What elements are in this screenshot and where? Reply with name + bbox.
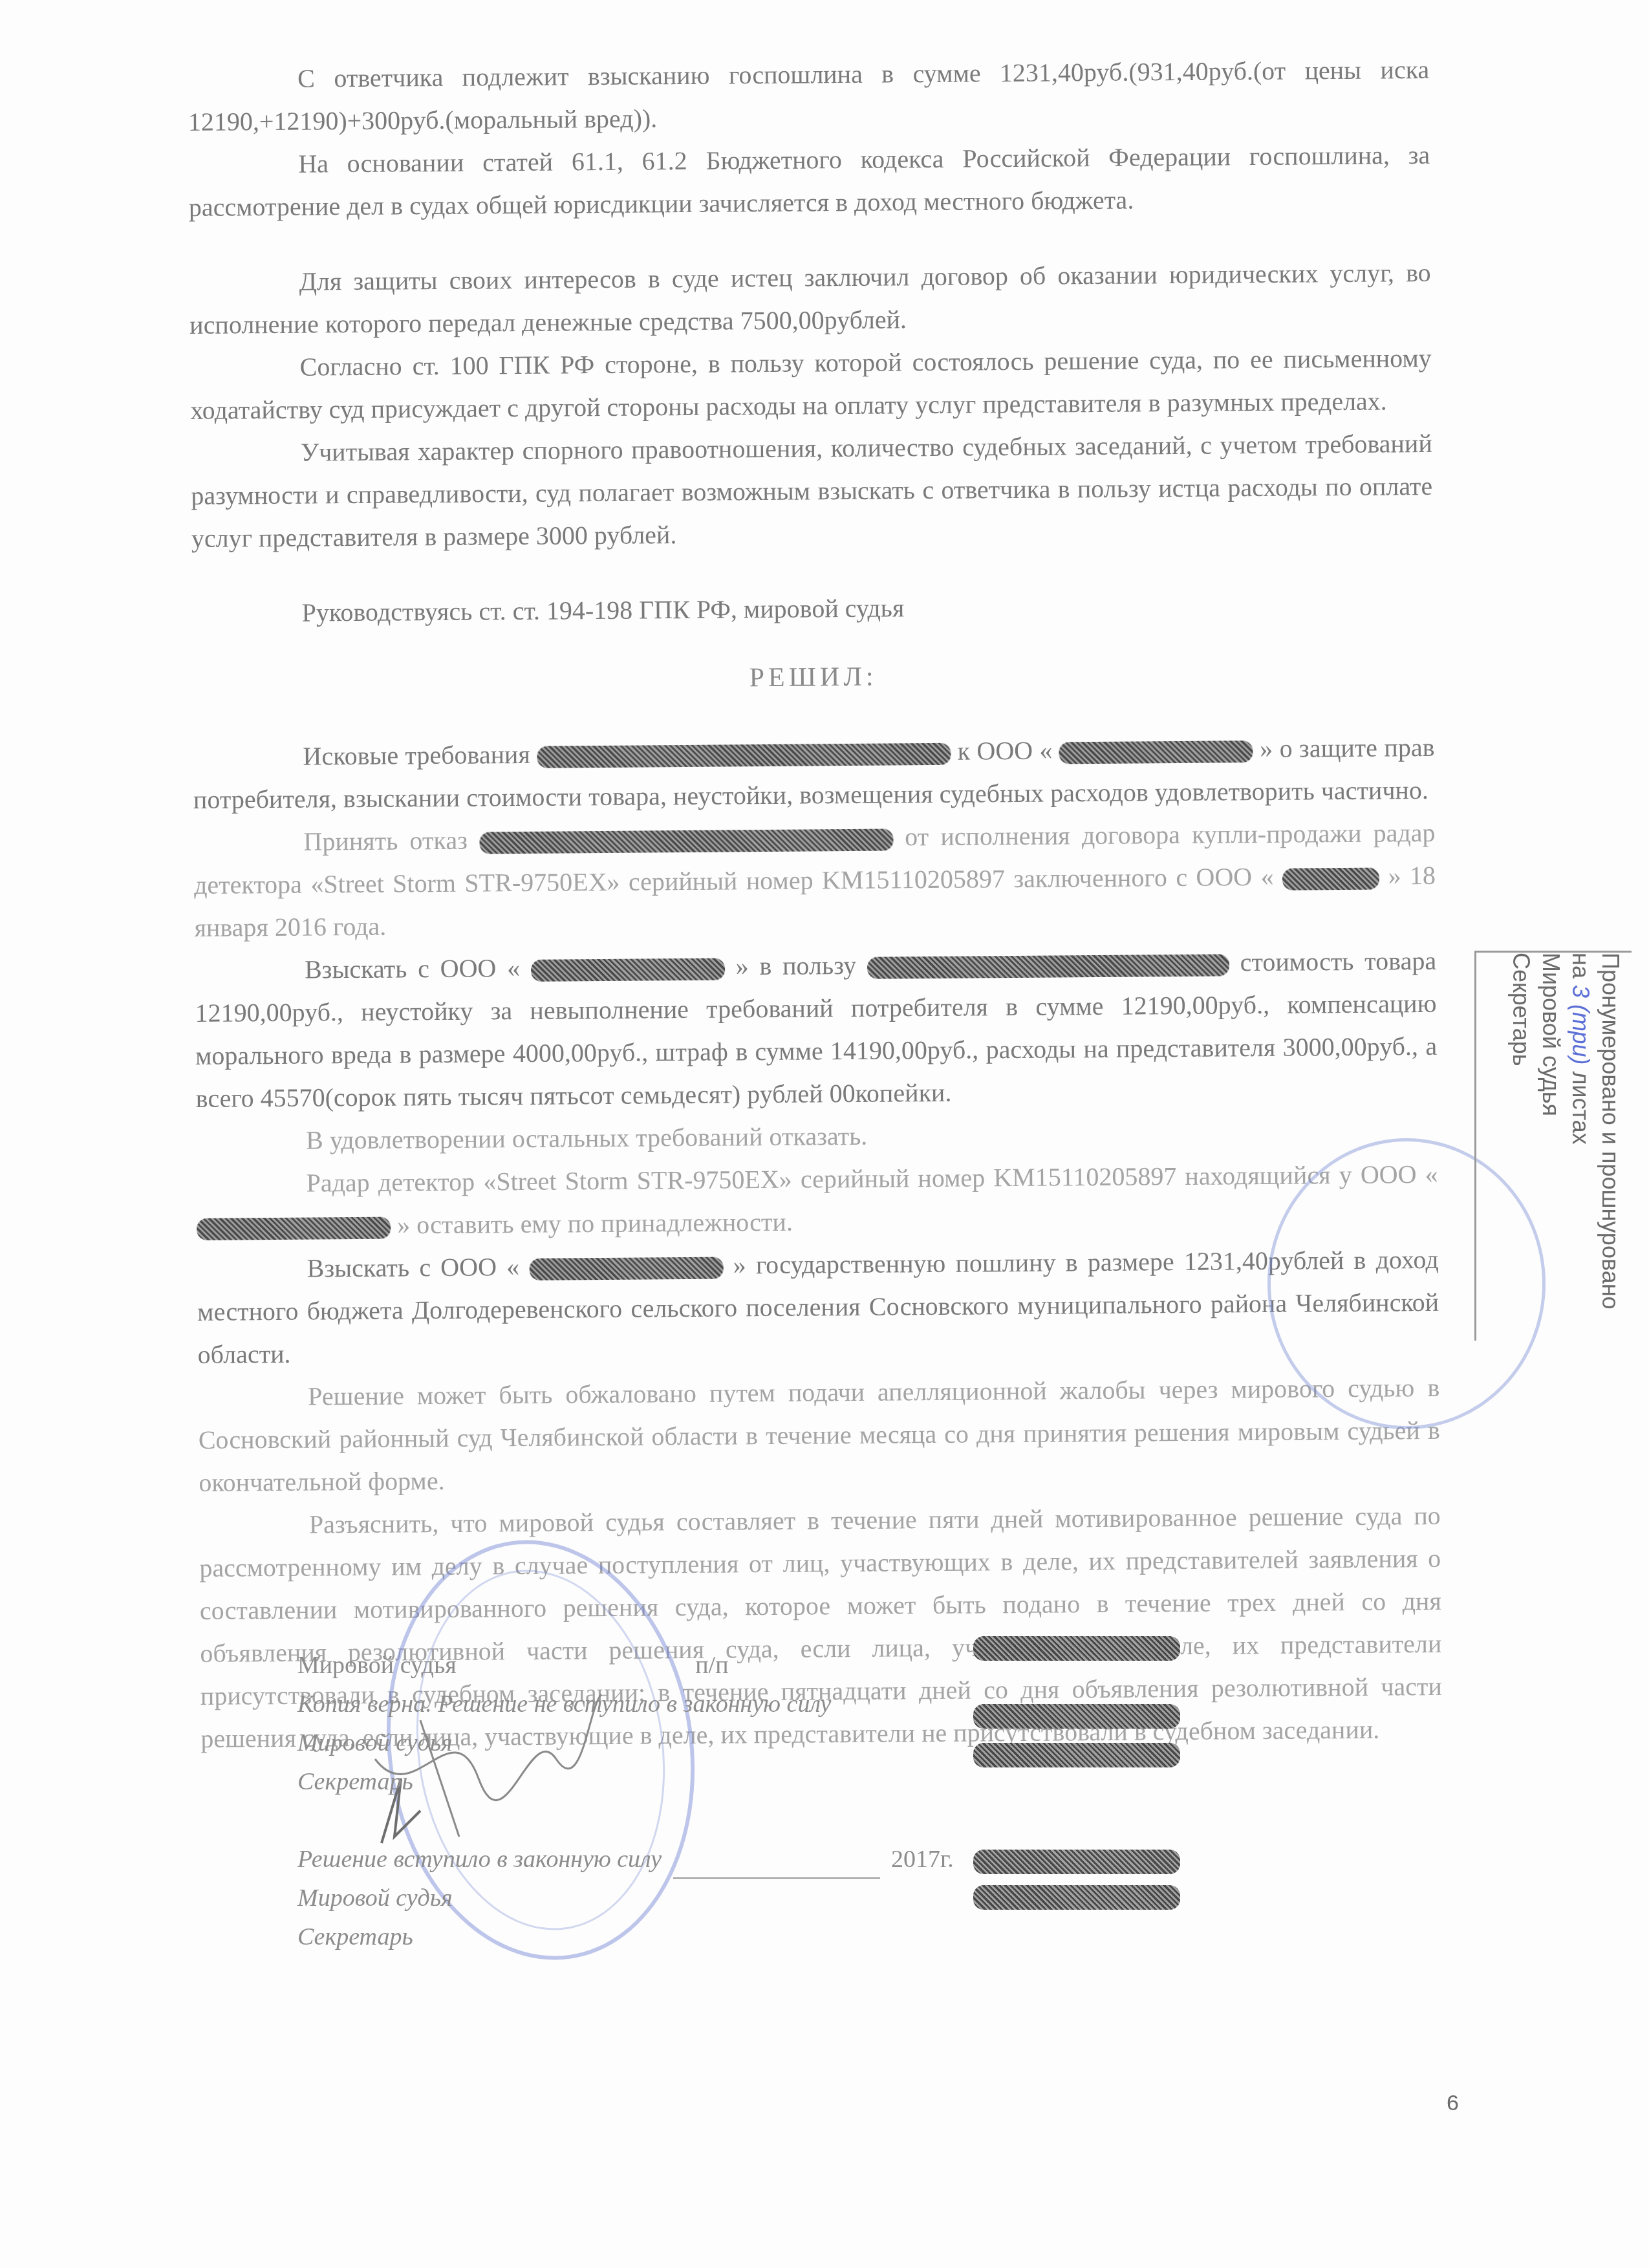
judge-line: Мировой судья п/п	[297, 1646, 954, 1685]
paragraph-budget-code: На основании статей 61.1, 61.2 Бюджетног…	[188, 134, 1430, 229]
redaction-block	[1059, 740, 1253, 764]
paragraph-state-fee: С ответчика подлежит взысканию госпошлин…	[188, 49, 1430, 144]
decision-recover-amounts: Взыскать с ООО « » в пользу стоимость то…	[195, 940, 1438, 1120]
decision-claims: Исковые требования к ООО « » о защите пр…	[193, 726, 1435, 821]
redaction-block	[973, 1743, 1180, 1767]
paragraph-legal-services: Для защиты своих интересов в суде истец …	[189, 252, 1431, 347]
signature-block: Мировой судья п/п Копия верна. Решение н…	[297, 1646, 954, 1956]
redaction-block	[479, 828, 893, 854]
paragraph-guided-by: Руководствуясь ст. ст. 194-198 ГПК РФ, м…	[191, 583, 1433, 635]
redaction-block	[1282, 867, 1379, 890]
decision-state-duty: Взыскать с ООО « » государственную пошли…	[197, 1238, 1439, 1376]
decision-appeal: Решение может быть обжаловано путем пода…	[198, 1366, 1440, 1504]
decision-heading: РЕШИЛ:	[192, 651, 1434, 704]
redaction-block	[531, 958, 725, 981]
redaction-block	[973, 1885, 1180, 1910]
copy-certified-line: Копия верна. Решение не вступило в закон…	[297, 1685, 954, 1723]
redaction-block	[197, 1216, 391, 1240]
redaction-block	[973, 1704, 1180, 1729]
secretary-line-2: Секретарь	[297, 1917, 954, 1956]
in-force-line: Решение вступило в законную силу 2017г.	[297, 1840, 954, 1879]
redaction-block	[973, 1850, 1180, 1874]
decision-device-retained: Радар детектор «Street Storm STR-9750EX»…	[196, 1153, 1438, 1248]
page-number: 6	[1447, 2091, 1459, 2116]
redaction-block	[973, 1636, 1180, 1661]
document-page: С ответчика подлежит взысканию госпошлин…	[0, 0, 1649, 2268]
judge-line-3: Мировой судья	[297, 1879, 954, 1917]
redaction-block	[867, 954, 1229, 978]
paragraph-article-100: Согласно ст. 100 ГПК РФ стороне, в польз…	[190, 337, 1432, 432]
in-force-date-field	[673, 1877, 880, 1879]
decision-body: С ответчика подлежит взысканию госпошлин…	[188, 49, 1443, 1760]
redaction-block	[529, 1257, 723, 1280]
redaction-block	[537, 743, 951, 768]
judge-line-2: Мировой судья	[297, 1723, 954, 1762]
binding-stamp: Пронумеровано и прошнуровано на 3 (три) …	[1474, 951, 1632, 1341]
decision-refusal-accept: Принять отказ от исполнения договора куп…	[193, 812, 1436, 949]
paragraph-representative-costs: Учитывая характер спорного правоотношени…	[191, 422, 1433, 560]
redacted-name-column	[973, 1636, 1180, 1661]
secretary-line: Секретарь	[297, 1762, 954, 1801]
